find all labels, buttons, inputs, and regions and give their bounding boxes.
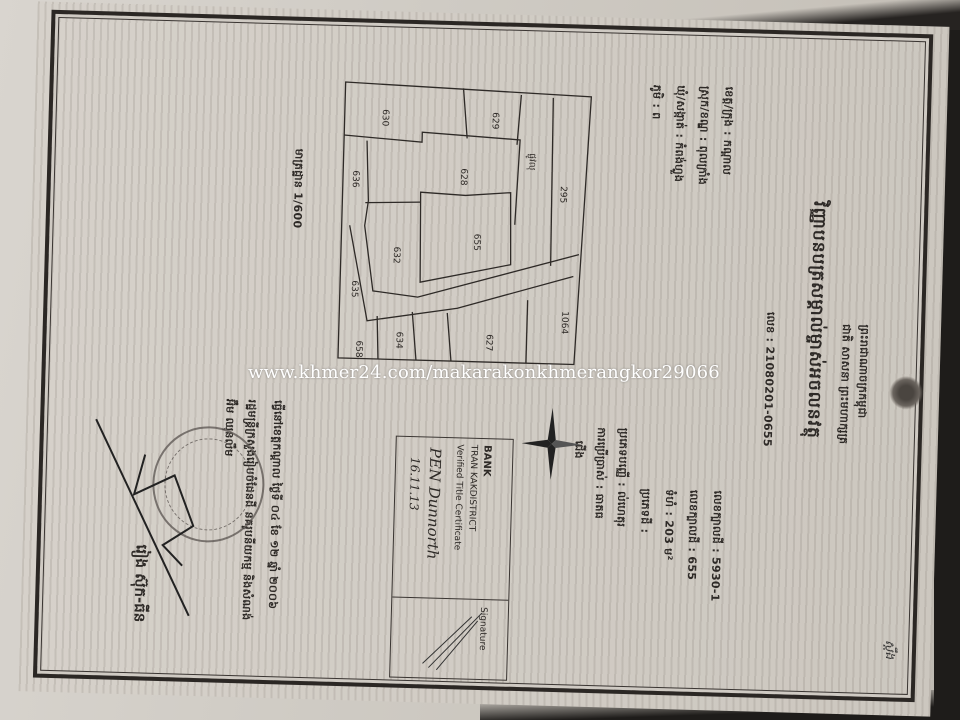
field-area: ទំហំ : 203 ម² bbox=[658, 489, 676, 561]
field-district: ស្រុក/ខណ្ឌ : ពុលក្រាំង bbox=[693, 86, 712, 185]
field-cadastral-map: លេខក្បាលដី : 5930-1 bbox=[705, 490, 724, 602]
field-usage-2: ការប្រើប្រាស់ : ធាតធ bbox=[590, 427, 609, 519]
field-province: ខេត្ត/ក្រុង : កណ្ដាល bbox=[717, 86, 735, 175]
parcel-label: 635 bbox=[349, 280, 359, 297]
parcel-label: 627 bbox=[483, 334, 493, 351]
field-village: ភូមិ : ព bbox=[647, 84, 664, 119]
parcel-label: 295 bbox=[557, 186, 567, 203]
parcel-label: 630 bbox=[379, 109, 389, 127]
map-scale: មាត្រដ្ឋាន 1/600 bbox=[288, 148, 306, 228]
verify-bank: BANK bbox=[481, 445, 493, 477]
certificate-number-label: លេខ : bbox=[764, 312, 778, 343]
parcel-label: 632 bbox=[391, 246, 401, 263]
certificate-paper: ព្រះរាជាណាចក្រកម្ពុជា ជាតិ សាសនា ព្រះមហា… bbox=[19, 1, 950, 716]
parcel-label: 655 bbox=[471, 234, 481, 251]
parcel-label: 634 bbox=[393, 331, 403, 349]
parcel-label: 658 bbox=[353, 340, 363, 358]
signer-title: រៀង ស៊ុក-ធីន bbox=[127, 544, 151, 622]
field-usage-1: ប្រភេទបញ្ញើ : ល់ហេតុរ bbox=[611, 428, 630, 528]
compass-rose-icon bbox=[521, 407, 583, 481]
road-label: ផ្លូវលុ bbox=[525, 153, 536, 171]
verify-name: PEN Dunnorth bbox=[423, 447, 444, 559]
parcel-label: 629 bbox=[489, 112, 499, 130]
certificate-number-value: 21080201-0655 bbox=[761, 346, 777, 447]
motto: ជាតិ សាសនា ព្រះមហាក្សត្រ bbox=[834, 324, 853, 445]
verify-note: Verified Title Certificate bbox=[452, 444, 465, 550]
parcel-label: 1064 bbox=[559, 311, 570, 334]
verify-date: 16.11.13 bbox=[407, 457, 422, 511]
verification-stamp-box: BANK TRAN KAKDISTRICT Verified Title Cer… bbox=[389, 436, 514, 681]
kingdom-heading: ព្រះរាជាណាចក្រកម្ពុជា bbox=[852, 324, 871, 418]
field-land-type: ប្រភេទដី : bbox=[635, 488, 652, 533]
website-watermark: www.khmer24.com/makarakonkhmerangkor2906… bbox=[248, 362, 720, 383]
field-commune: ឃុំ/សង្កាត់ : កំពង់ហ្លួង bbox=[669, 85, 688, 182]
field-parcel-number: លេខក្បាលដី : 655 bbox=[682, 490, 701, 581]
parcel-map: 6306296282956366556321064635634627658ផ្ល… bbox=[336, 80, 594, 367]
official-signature bbox=[80, 413, 236, 627]
corner-handwriting: ស្ដឹង bbox=[880, 640, 898, 659]
map-scale-value: 1/600 bbox=[291, 192, 305, 228]
map-scale-label: មាត្រដ្ឋាន bbox=[292, 149, 306, 189]
verify-signature bbox=[410, 607, 492, 675]
verify-branch: TRAN KAKDISTRICT bbox=[466, 445, 478, 532]
parcel-label: 628 bbox=[458, 168, 468, 186]
parcel-label: 636 bbox=[350, 170, 360, 188]
